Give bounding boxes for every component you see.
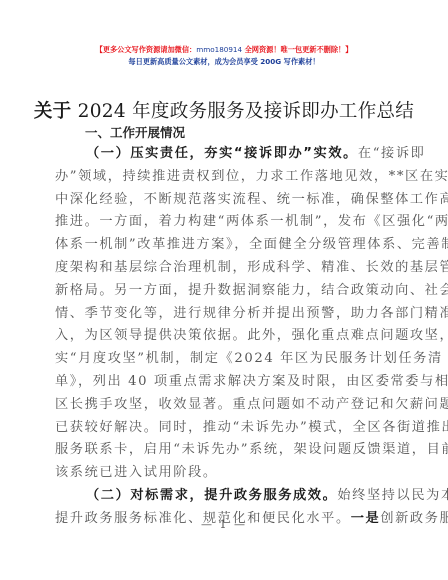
section-heading: 一、工作开展情况 (85, 123, 185, 141)
paragraph-2-line-1: （二）对标需求，提升政务服务成效。始终坚持以民为本， (55, 485, 397, 508)
subheading-1: （一）压实责任，夯实“接诉即办”实效。 (86, 146, 358, 161)
promo-suffix: 全网资源！唯一包更新不删除！】 (242, 45, 352, 54)
paragraph-1-line: 体系一机制”改革推进方案》，全面健全分级管理体系、完善制 (55, 234, 397, 257)
promo-banner-line-1: 【更多公文写作资源请加微信：mmo180914 全网资源！唯一包更新不删除！】 (0, 45, 448, 55)
paragraph-1-line: 实“月度攻坚”机制，制定《2024 年区为民服务计划任务清 (55, 348, 397, 371)
body-text: （一）压实责任，夯实“接诉即办”实效。在“接诉即 办”领域，持续推进责权到位，力… (55, 143, 397, 531)
paragraph-1-line: 已获较好解决。同时，推动“未诉先办”模式，全区各街道推出 (55, 417, 397, 440)
promo-prefix: 【更多公文写作资源请加微信： (96, 45, 197, 54)
title-prefix: 关于 (34, 101, 72, 122)
title-main: 2024 年度政务服务及接诉即办工作总结 (71, 101, 414, 122)
paragraph-1-line: 该系统已进入试用阶段。 (55, 462, 397, 485)
paragraph-1-line: 单》，列出 40 项重点需求解决方案及时限，由区委常委与相关副 (55, 371, 397, 394)
paragraph-1-line: 入，为区领导提供决策依据。此外，强化重点难点问题攻坚，落 (55, 325, 397, 348)
paragraph-1-line: 区长携手攻坚，收效显著。重点问题如不动产登记和欠薪问题均 (55, 394, 397, 417)
document-title: 关于 2024 年度政务服务及接诉即办工作总结 (0, 97, 448, 123)
paragraph-1-line: 服务联系卡，启用“未诉先办”系统，架设问题反馈渠道，目前 (55, 439, 397, 462)
page-number: — 1 — (0, 518, 448, 531)
promo-wechat-handle: mmo180914 (196, 45, 242, 54)
paragraph-1-line-1: （一）压实责任，夯实“接诉即办”实效。在“接诉即 (55, 143, 397, 166)
paragraph-1-line: 新格局。另一方面，提升数据洞察能力，结合政策动向、社会舆 (55, 280, 397, 303)
paragraph-1-line: 情、季节变化等，进行规律分析并提出预警，助力各部门精准切 (55, 303, 397, 326)
paragraph-1-line: 办”领域，持续推进责权到位，力求工作落地见效，**区在实践 (55, 166, 397, 189)
subheading-2: （二）对标需求，提升政务服务成效。 (86, 488, 337, 503)
paragraph-1-line: 推进。一方面，着力构建“两体系一机制”，发布《区强化“两 (55, 211, 397, 234)
promo-banner-line-2: 每日更新高质量公文素材，成为会员享受 200G 写作素材！ (0, 57, 448, 67)
paragraph-1-line: 度架构和基层综合治理机制，形成科学、精准、长效的基层管理 (55, 257, 397, 280)
paragraph-1-line: 中深化经验，不断规范落实流程、统一标准，确保整体工作高效 (55, 189, 397, 212)
document-page: 【更多公文写作资源请加微信：mmo180914 全网资源！唯一包更新不删除！】 … (0, 0, 448, 580)
